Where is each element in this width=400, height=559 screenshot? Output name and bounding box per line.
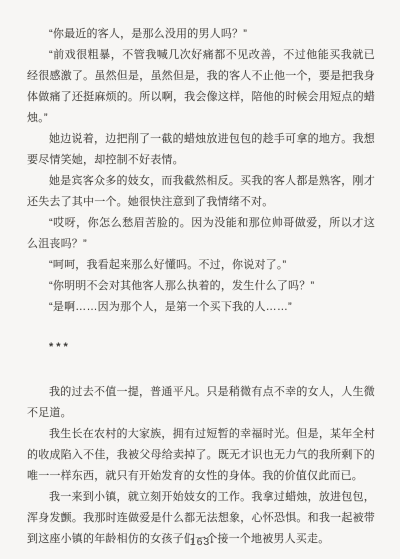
text-paragraph: “是啊……因为那个人，是第一个买下我的人……” bbox=[27, 297, 375, 318]
text-paragraph: “你明明不会对其他客人那么执着的，发生什么了吗？” bbox=[27, 276, 375, 297]
text-paragraph: 她是宾客众多的妓女，而我截然相反。买我的客人都是熟客，刚才还失去了其中一个。她很… bbox=[27, 171, 375, 213]
text-paragraph: 我的过去不值一提，普通平凡。只是稍微有点不幸的女人，人生微不足道。 bbox=[27, 382, 375, 424]
text-section-narration: 我的过去不值一提，普通平凡。只是稍微有点不幸的女人，人生微不足道。 我生长在农村… bbox=[27, 382, 375, 550]
book-page: “你最近的客人，是那么没用的男人吗？” “前戏很粗暴，不管我喊几次好痛都不见改善… bbox=[0, 0, 400, 559]
text-section-dialogue: “你最近的客人，是那么没用的男人吗？” “前戏很粗暴，不管我喊几次好痛都不见改善… bbox=[27, 24, 375, 318]
text-paragraph: 她边说着，边把削了一截的蜡烛放进包包的趁手可拿的地方。我想要尽情笑她，却控制不好… bbox=[27, 129, 375, 171]
text-paragraph: “前戏很粗暴，不管我喊几次好痛都不见改善，不过他能买我就已经很感激了。虽然但是，… bbox=[27, 45, 375, 129]
text-paragraph: “呵呵，我看起来那么好懂吗。不过，你说对了。” bbox=[27, 255, 375, 276]
text-paragraph: “哎呀，你怎么愁眉苦脸的。因为没能和那位帅哥做爱，所以才这么沮丧吗？” bbox=[27, 213, 375, 255]
text-paragraph: 我生长在农村的大家族，拥有过短暂的幸福时光。但是，某年全村的收成陷入不佳，我被父… bbox=[27, 424, 375, 487]
text-paragraph: “你最近的客人，是那么没用的男人吗？” bbox=[27, 24, 375, 45]
page-number: -163- bbox=[0, 536, 400, 548]
section-separator: *** bbox=[27, 337, 375, 358]
